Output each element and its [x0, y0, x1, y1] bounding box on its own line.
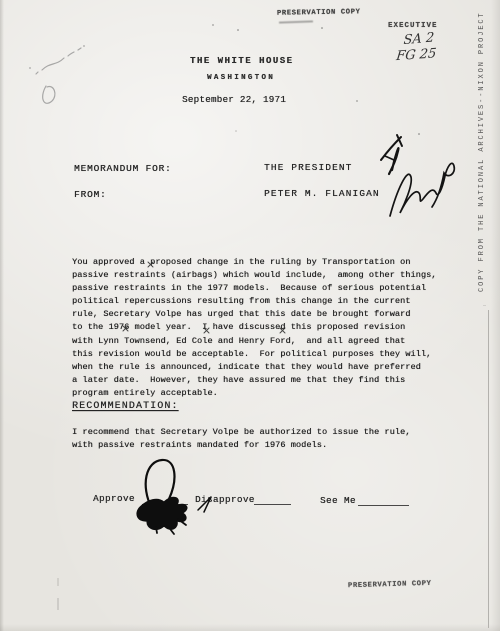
from-value: PETER M. FLANIGAN	[264, 188, 380, 199]
see-me-blank	[358, 505, 409, 506]
body-line: You approved a proposed change in the ru…	[72, 256, 437, 269]
stamp-smudge	[279, 20, 313, 24]
recommendation-line: with passive restraints mandated for 197…	[72, 439, 410, 452]
body-line: passive restraints in the 1977 models. B…	[72, 282, 437, 295]
letterhead-subtitle: WASHINGTON	[207, 74, 275, 82]
scan-speck	[418, 133, 420, 135]
body-line: rule, Secretary Volpe has urged that thi…	[72, 308, 437, 321]
filing-code-1: SA 2	[403, 30, 434, 48]
scan-speck	[235, 130, 237, 132]
memo-for-value: THE PRESIDENT	[264, 162, 352, 173]
scan-speck	[356, 100, 358, 102]
preservation-stamp-bottom: PRESERVATION COPY	[348, 580, 432, 590]
letterhead-title: THE WHITE HOUSE	[190, 56, 294, 66]
signature-monogram-icon	[372, 122, 462, 222]
body-line: passive restraints (airbags) which would…	[72, 269, 437, 282]
from-label: FROM:	[74, 189, 107, 200]
disapprove-blank	[254, 504, 291, 505]
body-paragraph: You approved a proposed change in the ru…	[72, 256, 437, 400]
body-line: when the rule is announced, indicate tha…	[72, 361, 437, 374]
scan-speck	[321, 27, 323, 29]
memo-for-label: MEMORANDUM FOR:	[74, 163, 172, 174]
body-line: to the 1976 model year. I have discussed…	[72, 321, 437, 334]
archive-edge-label: COPY FROM THE NATIONAL ARCHIVES--NIXON P…	[478, 6, 486, 292]
see-me-label: See Me	[320, 495, 356, 506]
body-line: this revision would be acceptable. For p…	[72, 348, 437, 361]
letterhead-date: September 22, 1971	[182, 94, 286, 105]
recommendation-heading: RECOMMENDATION:	[72, 401, 179, 412]
scan-speck	[212, 24, 214, 26]
scan-speck	[57, 598, 59, 610]
scanned-memo-page: PRESERVATION COPY EXECUTIVE SA 2 FG 25 T…	[0, 0, 500, 631]
preservation-stamp-top: PRESERVATION COPY	[277, 8, 361, 17]
scan-speck	[237, 29, 239, 31]
body-line: political repercussions resulting from t…	[72, 295, 437, 308]
pencil-scribble-icon	[12, 38, 122, 113]
recommendation-paragraph: I recommend that Secretary Volpe be auth…	[72, 426, 410, 452]
body-line: program entirely acceptable.	[72, 387, 437, 400]
filing-code-2: FG 25	[395, 46, 437, 64]
body-line: with Lynn Townsend, Ed Cole and Henry Fo…	[72, 335, 437, 348]
recommendation-line: I recommend that Secretary Volpe be auth…	[72, 426, 410, 439]
scan-speck	[57, 578, 59, 586]
body-line: a later date. However, they have assured…	[72, 374, 437, 387]
paper-edge-line	[488, 310, 489, 628]
executive-stamp: EXECUTIVE	[388, 22, 438, 30]
scan-speck	[483, 305, 486, 306]
disapprove-label: Disapprove	[195, 494, 255, 505]
